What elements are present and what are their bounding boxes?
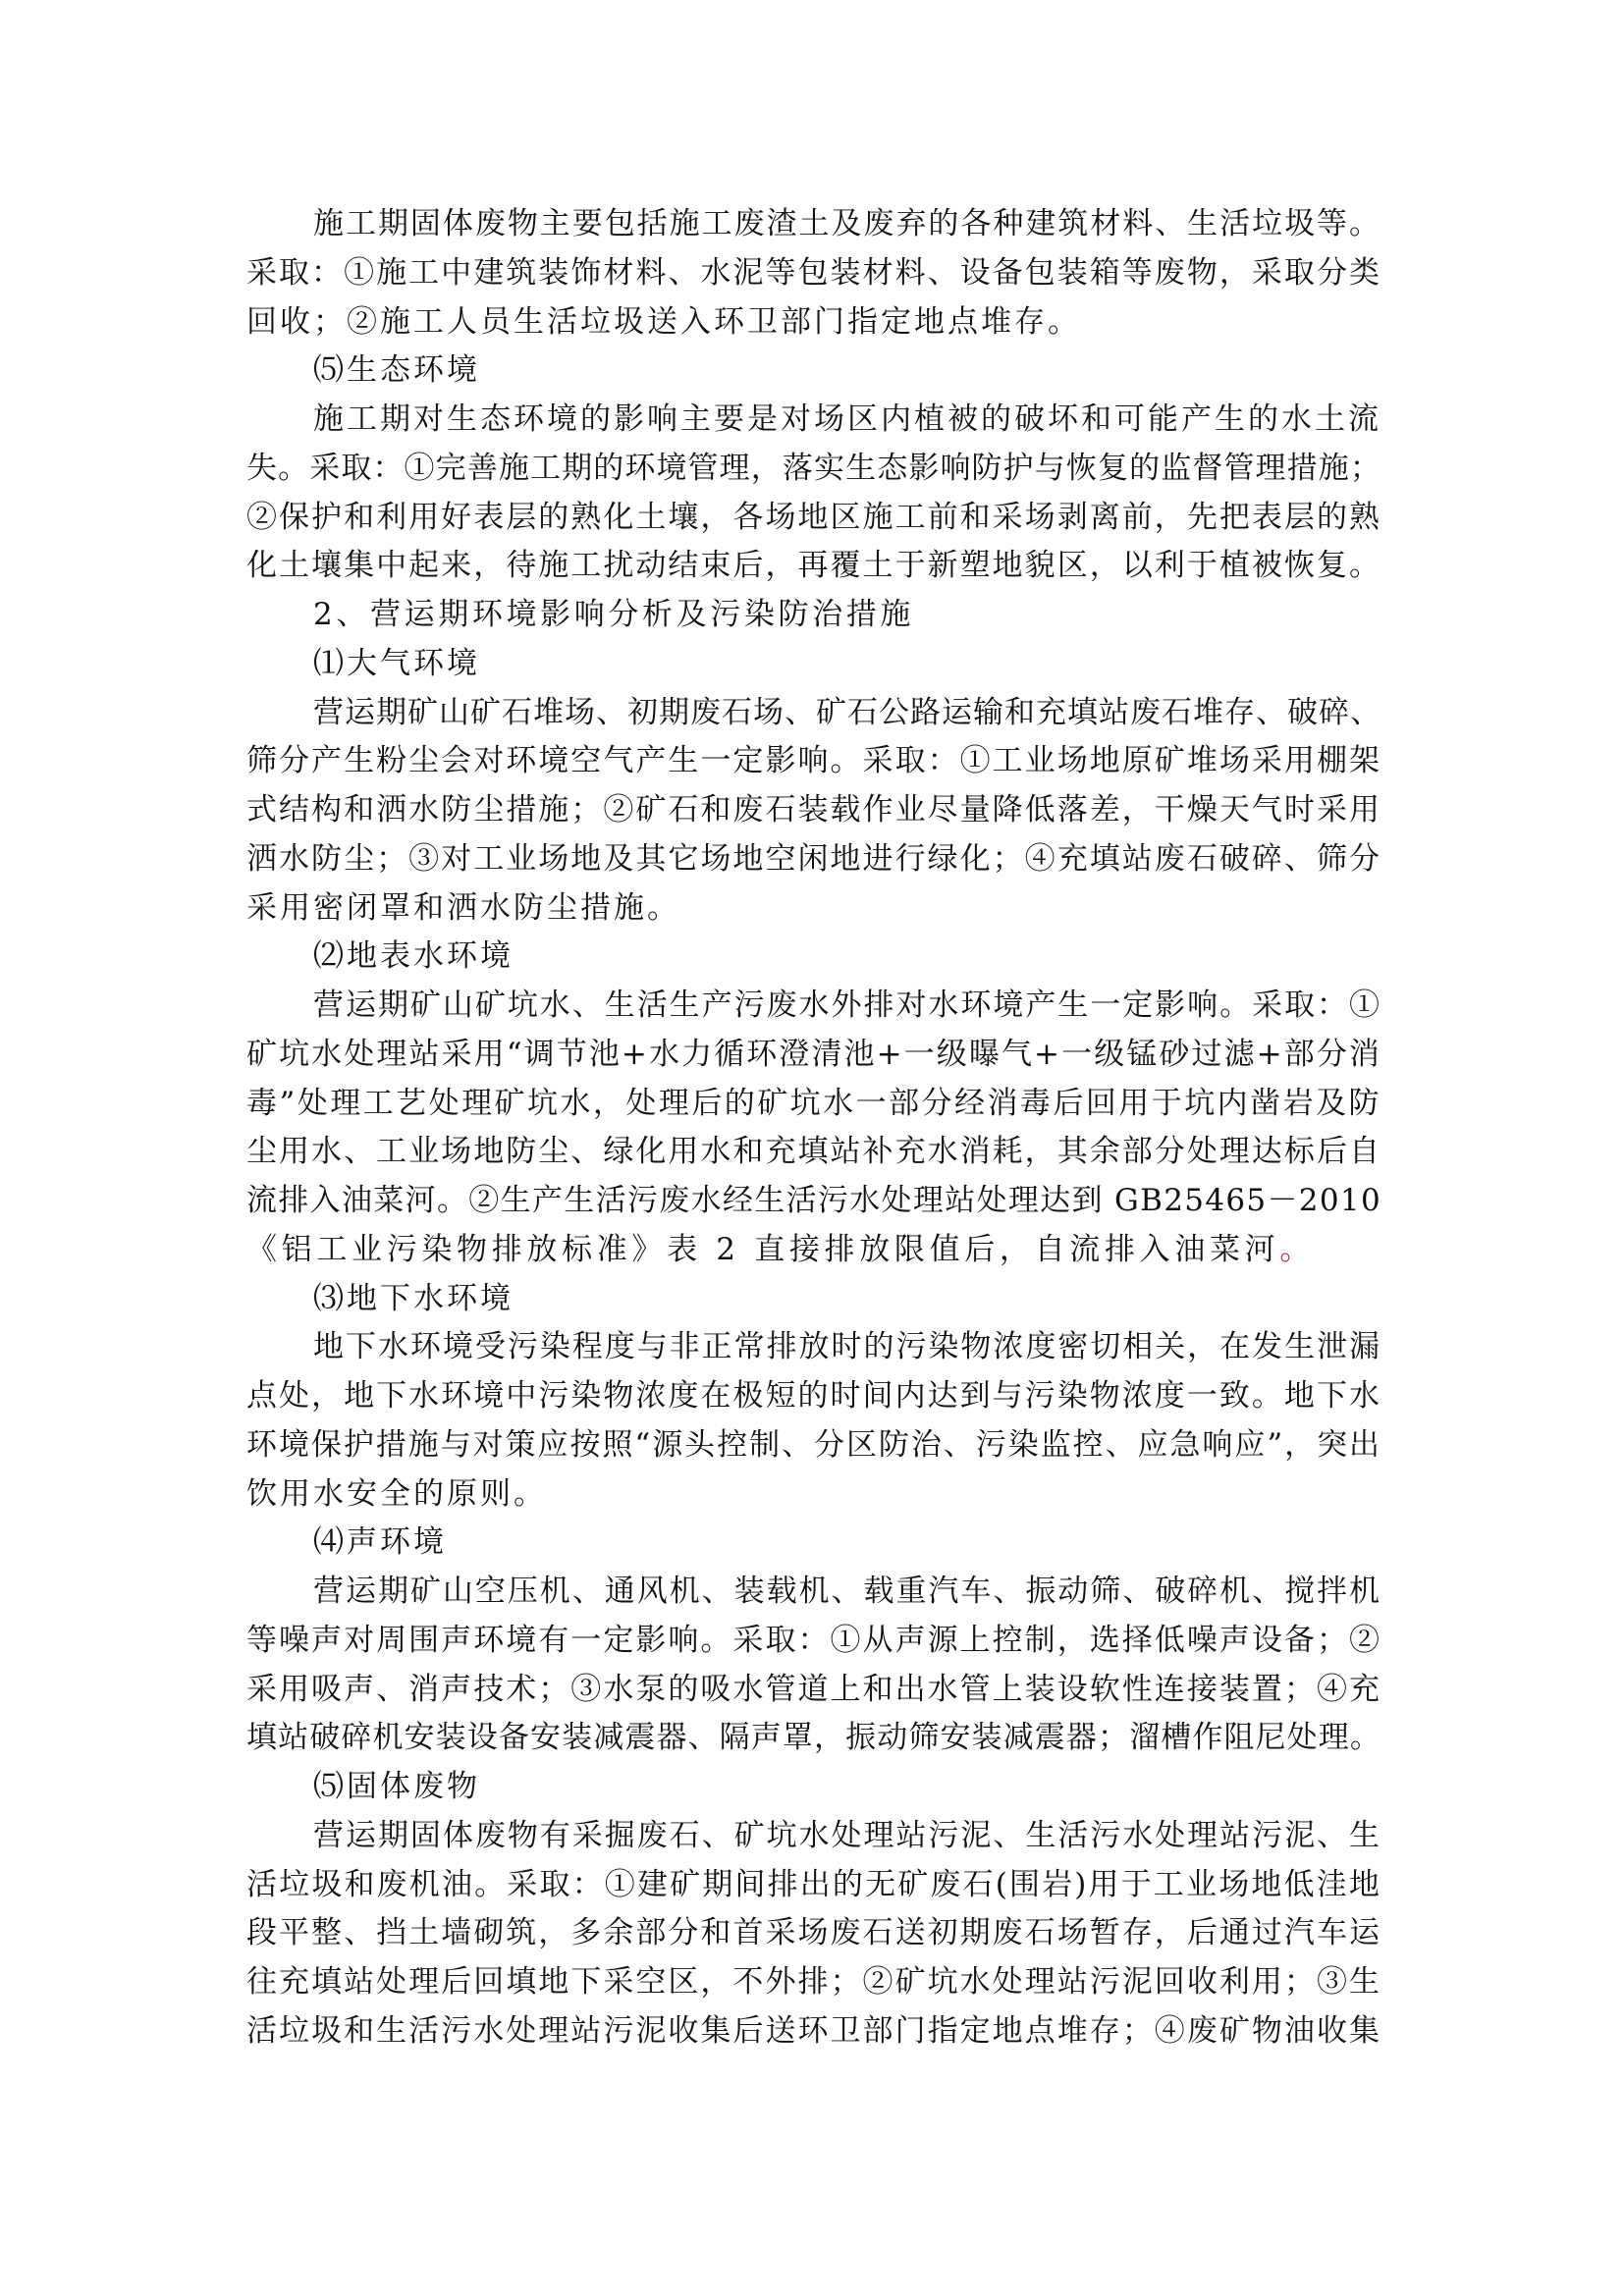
line-text: 洒水防尘；③对工业场地及其它场地空闲地进行绿化；④充填站废石破碎、筛分: [246, 841, 1381, 877]
line-text: 营运期矿山空压机、通风机、装载机、载重汽车、振动筛、破碎机、搅拌机: [313, 1574, 1381, 1609]
paragraph-line: 营运期矿山空压机、通风机、装载机、载重汽车、振动筛、破碎机、搅拌机: [246, 1568, 1381, 1617]
paragraph-line: 地下水环境受污染程度与非正常排放时的污染物浓度密切相关，在发生泄漏: [246, 1323, 1381, 1372]
paragraph-line: 毒”处理工艺处理矿坑水，处理后的矿坑水一部分经消毒后回用于坑内凿岩及防: [246, 1080, 1381, 1129]
line-text: 活垃圾和废机油。采取：①建矿期间排出的无矿废石(围岩)用于工业场地低洼地: [246, 1867, 1381, 1902]
paragraph-line: 营运期矿山矿坑水、生活生产污废水外排对水环境产生一定影响。采取：①: [246, 982, 1381, 1031]
paragraph-line: 式结构和洒水防尘措施；②矿石和废石装载作业尽量降低落差，干燥天气时采用: [246, 786, 1381, 835]
paragraph-line: 回收；②施工人员生活垃圾送入环卫部门指定地点堆存。: [246, 298, 1381, 347]
line-text: 筛分产生粉尘会对环境空气产生一定影响。采取：①工业场地原矿堆场采用棚架: [246, 743, 1381, 778]
paragraph-line: 《铝工业污染物排放标准》表 2 直接排放限值后，自流排入油菜河。: [246, 1226, 1381, 1275]
paragraph-line: 筛分产生粉尘会对环境空气产生一定影响。采取：①工业场地原矿堆场采用棚架: [246, 737, 1381, 786]
line-text: 环境保护措施与对策应按照“源头控制、分区防治、污染监控、应急响应”，突出: [246, 1427, 1381, 1463]
line-text: 式结构和洒水防尘措施；②矿石和废石装载作业尽量降低落差，干燥天气时采用: [246, 792, 1381, 828]
paragraph-line: 活垃圾和废机油。采取：①建矿期间排出的无矿废石(围岩)用于工业场地低洼地: [246, 1861, 1381, 1910]
line-text: 《铝工业污染物排放标准》表 2 直接排放限值后，自流排入油菜河: [246, 1232, 1279, 1267]
line-text: ⑸固体废物: [313, 1769, 480, 1804]
paragraph-line: 矿坑水处理站采用“调节池+水力循环澄清池+一级曝气+一级锰砂过滤+部分消: [246, 1031, 1381, 1080]
paragraph-line: 环境保护措施与对策应按照“源头控制、分区防治、污染监控、应急响应”，突出: [246, 1421, 1381, 1470]
line-text: 矿坑水处理站采用“调节池+水力循环澄清池+一级曝气+一级锰砂过滤+部分消: [246, 1037, 1381, 1072]
paragraph-line: 失。采取：①完善施工期的环境管理，落实生态影响防护与恢复的监督管理措施；: [246, 445, 1381, 494]
line-text: 活垃圾和生活污水处理站污泥收集后送环卫部门指定地点堆存；④废矿物油收集: [246, 2013, 1381, 2049]
line-text: 流排入油菜河。②生产生活污废水经生活污水处理站处理达到 GB25465－2010: [246, 1183, 1381, 1218]
line-text: 段平整、挡土墙砌筑，多余部分和首采场废石送初期废石场暂存，后通过汽车运: [246, 1915, 1381, 1950]
section-heading: ⑸固体废物: [246, 1763, 1381, 1812]
section-heading: ⑴大气环境: [246, 640, 1381, 689]
line-text: 采用吸声、消声技术；③水泵的吸水管道上和出水管上装设软性连接装置；④充: [246, 1672, 1381, 1707]
line-text: 施工期固体废物主要包括施工废渣土及废弃的各种建筑材料、生活垃圾等。: [313, 206, 1381, 241]
line-text: 失。采取：①完善施工期的环境管理，落实生态影响防护与恢复的监督管理措施；: [246, 451, 1381, 486]
line-text: ②保护和利用好表层的熟化土壤，各场地区施工前和采场剥离前，先把表层的熟: [246, 500, 1381, 535]
paragraph-line: 营运期矿山矿石堆场、初期废石场、矿石公路运输和充填站废石堆存、破碎、: [246, 689, 1381, 738]
paragraph-line: 饮用水安全的原则。: [246, 1470, 1381, 1520]
line-text: ⑷声环境: [313, 1524, 447, 1560]
paragraph-line: ②保护和利用好表层的熟化土壤，各场地区施工前和采场剥离前，先把表层的熟: [246, 494, 1381, 543]
line-text: 尘用水、工业场地防尘、绿化用水和充填站补充水消耗，其余部分处理达标后自: [246, 1134, 1381, 1169]
paragraph-line: 洒水防尘；③对工业场地及其它场地空闲地进行绿化；④充填站废石破碎、筛分: [246, 835, 1381, 884]
line-text: 化土壤集中起来，待施工扰动结束后，再覆土于新塑地貌区，以利于植被恢复。: [246, 548, 1381, 583]
line-text: 营运期矿山矿坑水、生活生产污废水外排对水环境产生一定影响。采取：①: [313, 988, 1381, 1023]
paragraph-line: 采用吸声、消声技术；③水泵的吸水管道上和出水管上装设软性连接装置；④充: [246, 1666, 1381, 1715]
line-text: 等噪声对周围声环境有一定影响。采取：①从声源上控制，选择低噪声设备；②: [246, 1623, 1381, 1658]
paragraph-line: 段平整、挡土墙砌筑，多余部分和首采场废石送初期废石场暂存，后通过汽车运: [246, 1909, 1381, 1958]
line-text: 填站破碎机安装设备安装减震器、隔声罩，振动筛安装减震器；溜槽作阻尼处理。: [246, 1720, 1381, 1755]
line-text: 采取：①施工中建筑装饰材料、水泥等包装材料、设备包装箱等废物，采取分类: [246, 255, 1381, 291]
document-page: 施工期固体废物主要包括施工废渣土及废弃的各种建筑材料、生活垃圾等。采取：①施工中…: [246, 200, 1381, 2056]
paragraph-line: 填站破碎机安装设备安装减震器、隔声罩，振动筛安装减震器；溜槽作阻尼处理。: [246, 1714, 1381, 1763]
line-text: ⑸生态环境: [313, 352, 480, 388]
paragraph-line: 施工期对生态环境的影响主要是对场区内植被的破坏和可能产生的水土流: [246, 396, 1381, 445]
section-heading: 2、营运期环境影响分析及污染防治措施: [246, 591, 1381, 640]
paragraph-line: 点处，地下水环境中污染物浓度在极短的时间内达到与污染物浓度一致。地下水: [246, 1372, 1381, 1421]
paragraph-line: 采用密闭罩和洒水防尘措施。: [246, 884, 1381, 934]
line-text: 地下水环境受污染程度与非正常排放时的污染物浓度密切相关，在发生泄漏: [313, 1329, 1381, 1364]
line-text: 毒”处理工艺处理矿坑水，处理后的矿坑水一部分经消毒后回用于坑内凿岩及防: [246, 1086, 1381, 1121]
line-text: ⑵地表水环境: [313, 938, 514, 974]
document-body: 施工期固体废物主要包括施工废渣土及废弃的各种建筑材料、生活垃圾等。采取：①施工中…: [246, 200, 1381, 2056]
paragraph-line: 等噪声对周围声环境有一定影响。采取：①从声源上控制，选择低噪声设备；②: [246, 1617, 1381, 1666]
line-text: 营运期固体废物有采掘废石、矿坑水处理站污泥、生活污水处理站污泥、生: [313, 1818, 1381, 1853]
paragraph-line: 活垃圾和生活污水处理站污泥收集后送环卫部门指定地点堆存；④废矿物油收集: [246, 2007, 1381, 2056]
line-text: 营运期矿山矿石堆场、初期废石场、矿石公路运输和充填站废石堆存、破碎、: [313, 695, 1381, 730]
line-text: 施工期对生态环境的影响主要是对场区内植被的破坏和可能产生的水土流: [313, 401, 1381, 437]
line-text: 2、营运期环境影响分析及污染防治措施: [313, 597, 914, 632]
section-heading: ⑷声环境: [246, 1519, 1381, 1568]
paragraph-line: 施工期固体废物主要包括施工废渣土及废弃的各种建筑材料、生活垃圾等。: [246, 200, 1381, 249]
red-period-mark: 。: [1279, 1232, 1315, 1267]
paragraph-line: 流排入油菜河。②生产生活污废水经生活污水处理站处理达到 GB25465－2010: [246, 1177, 1381, 1226]
line-text: 采用密闭罩和洒水防尘措施。: [246, 890, 680, 926]
section-heading: ⑵地表水环境: [246, 933, 1381, 982]
line-text: ⑴大气环境: [313, 646, 480, 681]
paragraph-line: 营运期固体废物有采掘废石、矿坑水处理站污泥、生活污水处理站污泥、生: [246, 1812, 1381, 1861]
line-text: 往充填站处理后回填地下采空区，不外排；②矿坑水处理站污泥回收利用；③生: [246, 1964, 1381, 2000]
line-text: 回收；②施工人员生活垃圾送入环卫部门指定地点堆存。: [246, 304, 1081, 340]
line-text: 点处，地下水环境中污染物浓度在极短的时间内达到与污染物浓度一致。地下水: [246, 1378, 1381, 1414]
paragraph-line: 往充填站处理后回填地下采空区，不外排；②矿坑水处理站污泥回收利用；③生: [246, 1958, 1381, 2007]
section-heading: ⑶地下水环境: [246, 1275, 1381, 1324]
paragraph-line: 采取：①施工中建筑装饰材料、水泥等包装材料、设备包装箱等废物，采取分类: [246, 249, 1381, 298]
line-text: 饮用水安全的原则。: [246, 1476, 547, 1512]
section-heading: ⑸生态环境: [246, 347, 1381, 396]
paragraph-line: 尘用水、工业场地防尘、绿化用水和充填站补充水消耗，其余部分处理达标后自: [246, 1128, 1381, 1177]
line-text: ⑶地下水环境: [313, 1281, 514, 1316]
paragraph-line: 化土壤集中起来，待施工扰动结束后，再覆土于新塑地貌区，以利于植被恢复。: [246, 542, 1381, 591]
